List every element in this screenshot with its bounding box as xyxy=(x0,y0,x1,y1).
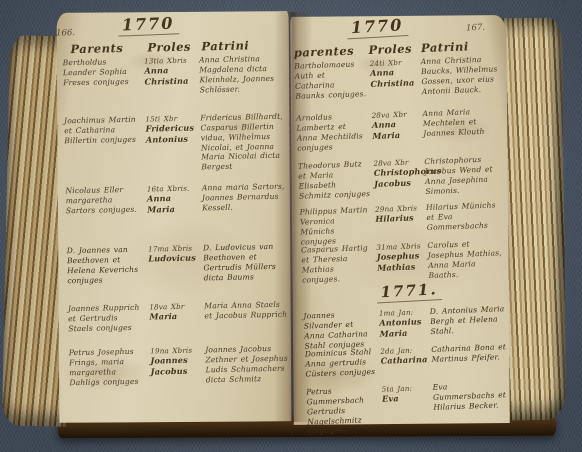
child-name: Christophorus Jacobus xyxy=(374,167,423,190)
parents-cell: D. Joannes van Beethoven et Helena Kever… xyxy=(67,245,149,286)
page-number-left: 166. xyxy=(56,28,75,38)
child-name: Anna Christina xyxy=(370,67,419,90)
page-number-right: 167. xyxy=(466,23,485,34)
patrini-cell: Anna Christina Baucks, Wilhelmus Gossen,… xyxy=(421,54,500,96)
child-name: Eva xyxy=(382,392,430,404)
patrini-cell: Fridericus Billhardt, Casparus Billertin… xyxy=(200,112,285,173)
child-name: Antonius Maria xyxy=(379,316,428,339)
book-gutter-shadow xyxy=(274,12,312,422)
child-name: Hilarius xyxy=(375,213,423,225)
open-register-book: 166. 1770 Parents Proles Patrini Berthol… xyxy=(0,0,582,452)
baptism-entry: Arnoldus Lambertz et Anna Mechtildis con… xyxy=(296,106,501,153)
proles-cell: 24ti Xbr Anna Christina xyxy=(370,57,422,98)
patrini-cell: Catharina Bona et Martinus Pfeifer. xyxy=(431,342,510,374)
proles-cell: 29na Xbris Hilarius xyxy=(375,203,427,244)
column-header-parents: Parents xyxy=(70,41,147,57)
child-name: Joannes Jacobus xyxy=(150,355,202,377)
parents-cell: Joannes Rupprich et Gertrudis Staels con… xyxy=(68,303,150,334)
column-header-patrini: Patrini xyxy=(421,38,496,55)
baptism-entry: Theodorus Butz et Maria Elisabeth Schmit… xyxy=(298,154,503,201)
child-name: Anna Maria xyxy=(372,119,421,142)
year-heading-1771: 1771. xyxy=(376,280,442,303)
baptism-entry: Nicolaus Eller margaretha Sartors conjug… xyxy=(65,182,286,217)
baptism-entry: Joannes Rupprich et Gertrudis Staels con… xyxy=(68,300,289,334)
child-name: Ludovicus xyxy=(148,253,200,265)
child-name: Maria xyxy=(149,311,201,323)
baptism-entry: Dominicus Stahl Anna gertrudis Cüsters c… xyxy=(305,342,510,379)
parents-cell: Joachimus Martin et Catharina Billertin … xyxy=(64,115,147,176)
baptism-entry-beethoven: D. Joannes van Beethoven et Helena Kever… xyxy=(67,242,288,286)
patrini-cell: Carolus et Josephus Mathias, Anna Maria … xyxy=(427,238,506,280)
baptism-entry: Petrus Gummersbach Gertrudis Nagelschmit… xyxy=(306,380,512,437)
child-name: Anna Maria xyxy=(147,193,199,215)
column-header-proles: Proles xyxy=(368,41,421,57)
proles-cell: 13tia Xbris Anna Christina xyxy=(144,55,200,96)
parents-cell: Bertholdus Leander Sophia Freses conjuge… xyxy=(63,57,145,98)
child-name: Catharina xyxy=(380,354,428,366)
right-page: 1770 167. parentes Proles Patrini Bartho… xyxy=(290,15,510,425)
column-header-patrini: Patrini xyxy=(201,38,278,54)
column-headers-left: Parents Proles Patrini xyxy=(70,38,278,56)
proles-cell: 17ma Xbris Ludovicus xyxy=(148,243,204,284)
proles-cell: 1ma Jan: Antonius Maria xyxy=(379,307,431,348)
proles-cell: 18va Xbr Maria xyxy=(149,301,205,332)
patrini-cell: Hilarius Münichs et Eva Gommersbachs xyxy=(426,200,505,242)
patrini-cell: Eva Gummersbachs et Hilarius Becker. xyxy=(432,380,511,432)
proles-cell: 15ti Xbr Fridericus Antonius xyxy=(145,113,201,173)
patrini-cell: D. Antonius Maria Bergh et Helena Stahl. xyxy=(430,304,509,346)
proles-cell: 28va Xbr Anna Maria xyxy=(371,109,423,150)
patrini-cell: Anna Maria Mechtelen et Joannes Klouth xyxy=(422,106,501,148)
proles-cell: 5ta Jan: Eva xyxy=(381,383,434,434)
year-heading-1770-right: 1770 xyxy=(346,15,408,39)
child-name: Josephus Mathias xyxy=(377,250,426,273)
child-name: Anna Christina xyxy=(144,65,196,87)
proles-cell: 16ta Xbris. Anna Maria xyxy=(147,183,203,215)
patrini-cell: Christophorus Jacobus Wend et Anna Josep… xyxy=(424,154,503,196)
baptism-entry: Bartholomaeus Auth et Catharina Baunks c… xyxy=(294,54,499,101)
patrini-cell: Anna Christina Magdalena dicta Kleinholz… xyxy=(199,54,283,95)
parents-cell: Petrus Josephus Frings, maria margaretha… xyxy=(69,347,151,388)
baptism-entry: Bertholdus Leander Sophia Freses conjuge… xyxy=(63,54,284,98)
baptism-entry: Joachimus Martin et Catharina Billertin … xyxy=(64,112,285,176)
proles-cell: 31ma Xbris Josephus Mathias xyxy=(376,241,428,282)
child-name: Fridericus Antonius xyxy=(145,123,197,145)
parents-cell: Nicolaus Eller margaretha Sartors conjug… xyxy=(65,185,147,217)
left-page: 166. 1770 Parents Proles Patrini Berthol… xyxy=(57,11,292,423)
column-header-proles: Proles xyxy=(147,39,201,54)
parents-cell: Petrus Gummersbach Gertrudis Nagelschmit… xyxy=(306,385,383,437)
proles-cell: 2da Jan: Catharina xyxy=(380,345,432,376)
baptism-entry: Petrus Josephus Frings, maria margaretha… xyxy=(69,344,290,388)
year-heading-1770-left: 1770 xyxy=(118,13,179,36)
parents-cell: Casparus Hartig et Theresia Mathias conj… xyxy=(301,243,378,285)
parents-cell: Joannes Silvander et Anna Catharina Stah… xyxy=(303,309,380,351)
proles-cell: 28va Xbr Christophorus Jacobus xyxy=(373,157,425,198)
parents-cell: Dominicus Stahl Anna gertrudis Cüsters c… xyxy=(305,347,382,379)
baptism-entry: Casparus Hartig et Theresia Mathias conj… xyxy=(301,238,506,285)
proles-cell: 19na Xbris Joannes Jacobus xyxy=(150,345,206,386)
